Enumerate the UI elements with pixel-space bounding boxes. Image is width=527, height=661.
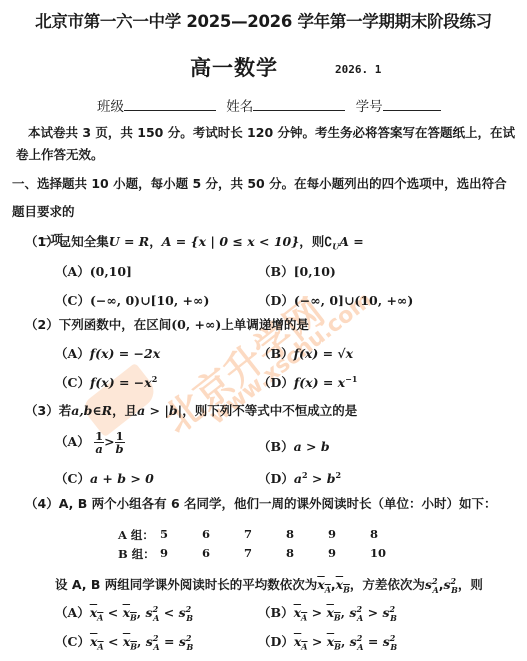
variance-a: s2A xyxy=(349,605,363,620)
table-cell: 7 xyxy=(244,527,252,541)
question-3-option-a[interactable]: （A） 1a>1b xyxy=(55,430,125,455)
math-expr: a > |b| xyxy=(137,403,182,418)
table-cell: 7 xyxy=(244,546,252,560)
stem-text: ，则 xyxy=(458,577,483,592)
question-3-option-d[interactable]: （D）a2 > b2 xyxy=(258,469,341,487)
mean-a: xA xyxy=(90,634,104,649)
option-label: （C） xyxy=(55,634,90,649)
option-label: （B） xyxy=(258,264,294,279)
exponent: 2 xyxy=(335,470,341,480)
stem-text: ，且 xyxy=(112,403,137,418)
question-1-stem: （1）已知全集U = R，A = {x | 0 ≤ x < 10}，则∁UA = xyxy=(25,232,364,252)
math-expr: U = R xyxy=(109,234,149,249)
question-3-stem: （3）若a,b∈R，且a > |b|，则下列不等式中不恒成立的是 xyxy=(25,401,357,419)
relation: > xyxy=(312,634,322,649)
option-label: （C） xyxy=(55,375,90,390)
relation: > xyxy=(308,471,327,486)
option-label: （D） xyxy=(258,471,294,486)
question-number: （1） xyxy=(25,234,59,249)
denominator: b xyxy=(116,443,124,455)
variance-b: s2B xyxy=(179,634,193,649)
stem-text: ， xyxy=(149,234,162,249)
mean-b: xB xyxy=(123,605,137,620)
table-cell: 6 xyxy=(202,527,210,541)
question-number: （2） xyxy=(25,317,59,332)
student-id-label: 学号 xyxy=(356,99,383,115)
exam-subject: 高一数学 xyxy=(190,52,278,82)
relation: = xyxy=(164,634,174,649)
class-blank[interactable] xyxy=(124,98,216,111)
question-4-option-c[interactable]: （C）xA < xB, s2A = s2B xyxy=(55,632,193,652)
option-text: f(x) = x xyxy=(294,375,345,390)
variance-a: s2A xyxy=(146,605,160,620)
question-4-followup: 设 A, B 两组同学课外阅读时长的平均数依次为xA,xB，方差依次为s2A,s… xyxy=(55,575,483,595)
table-cell: 8 xyxy=(370,527,378,541)
variance-b: s2B xyxy=(444,577,458,592)
stem-text: ，则下列不等式中不恒成立的是 xyxy=(182,403,357,418)
mean-a: xA xyxy=(317,577,331,592)
exam-title: 北京市第一六一中学 2025—2026 学年第一学期期末阶段练习 xyxy=(0,8,527,32)
variance-a: s2A xyxy=(350,634,364,649)
student-id-blank[interactable] xyxy=(383,98,441,111)
mean-a: xA xyxy=(294,634,308,649)
class-label: 班级 xyxy=(97,99,124,115)
mean-b: xB xyxy=(123,634,137,649)
fraction: 1a xyxy=(94,430,104,455)
table-cell: 10 xyxy=(370,546,386,560)
stem-text: 设 A, B 两组同学课外阅读时长的平均数依次为 xyxy=(55,577,317,592)
student-info-fields: 班级 姓名 学号 xyxy=(97,95,447,115)
option-label: （D） xyxy=(258,293,294,308)
name-label: 姓名 xyxy=(226,99,253,115)
option-text: (−∞, 0]∪(10, +∞) xyxy=(294,293,413,308)
relation: < xyxy=(164,605,174,620)
denominator: a xyxy=(95,443,102,455)
relation: < xyxy=(108,634,118,649)
question-4-option-d[interactable]: （D）xA > xB, s2A = s2B xyxy=(258,632,397,652)
question-4-option-a[interactable]: （A）xA < xB, s2A < s2B xyxy=(55,603,193,623)
question-3-option-c[interactable]: （C）a + b > 0 xyxy=(55,469,154,487)
mean-b: xB xyxy=(327,634,341,649)
relation: = xyxy=(368,634,378,649)
option-label: （C） xyxy=(55,471,90,486)
variance-b: s2B xyxy=(383,634,397,649)
variance-b: s2B xyxy=(179,605,193,620)
question-2-option-b[interactable]: （B）f(x) = √x xyxy=(258,344,353,362)
name-blank[interactable] xyxy=(253,98,345,111)
option-text: f(x) = −2x xyxy=(90,346,160,361)
option-text: (−∞, 0)∪[10, +∞) xyxy=(90,293,209,308)
option-label: （B） xyxy=(258,346,294,361)
question-1-option-a[interactable]: （A）(0,10] xyxy=(55,262,132,280)
option-text: a > b xyxy=(294,439,330,454)
row-label-b: B 组： xyxy=(118,546,155,562)
stem-text: ，方差依次为 xyxy=(350,577,425,592)
table-cell: 9 xyxy=(160,546,168,560)
variance-a: s2A xyxy=(425,577,439,592)
option-label: （D） xyxy=(258,375,294,390)
question-number: （4） xyxy=(25,496,59,511)
question-2-stem: （2）下列函数中，在区间(0, +∞)上单调递增的是 xyxy=(25,315,309,333)
reading-time-table: A 组： 5 6 7 8 9 8 B 组： 9 6 7 8 9 10 xyxy=(118,527,418,567)
question-4-option-b[interactable]: （B）xA > xB, s2A > s2B xyxy=(258,603,397,623)
exponent: −1 xyxy=(345,374,357,384)
section-heading-line1: 一、选择题共 10 小题，每小题 5 分，共 50 分。在每小题列出的四个选项中… xyxy=(12,170,517,226)
fraction: 1b xyxy=(115,430,125,455)
relation: > xyxy=(368,605,378,620)
option-text: f(x) = √x xyxy=(294,346,354,361)
option-label: （A） xyxy=(55,605,90,620)
option-label: （A） xyxy=(55,264,90,279)
question-4-stem: （4）A, B 两个小组各有 6 名同学，他们一周的课外阅读时长（单位：小时）如… xyxy=(25,494,497,512)
option-text: (0,10] xyxy=(90,264,132,279)
question-1-option-c[interactable]: （C）(−∞, 0)∪[10, +∞) xyxy=(55,291,209,309)
question-1-option-b[interactable]: （B）[0,10) xyxy=(258,262,336,280)
option-label: （B） xyxy=(258,439,294,454)
option-text: [0,10) xyxy=(294,264,336,279)
table-cell: 8 xyxy=(286,527,294,541)
stem-text: 上单调递增的是 xyxy=(221,317,309,332)
mean-b: xB xyxy=(326,605,340,620)
exponent: 2 xyxy=(152,374,158,384)
math-expr: (0, +∞) xyxy=(171,317,221,332)
variance-b: s2B xyxy=(382,605,396,620)
stem-text: A, B 两个小组各有 6 名同学，他们一周的课外阅读时长（单位：小时）如下： xyxy=(59,496,497,511)
table-cell: 6 xyxy=(202,546,210,560)
option-text: a xyxy=(294,471,302,486)
mean-a: xA xyxy=(294,605,308,620)
exam-date: 2026. 1 xyxy=(335,63,381,76)
question-number: （3） xyxy=(25,403,59,418)
mean-b: xB xyxy=(336,577,350,592)
question-2-option-c[interactable]: （C）f(x) = −x2 xyxy=(55,373,157,391)
table-cell: 5 xyxy=(160,527,168,541)
row-label-a: A 组： xyxy=(118,527,154,543)
stem-text: 若 xyxy=(59,403,72,418)
relation: > xyxy=(104,434,114,449)
math-expr: a,b∈R xyxy=(71,403,112,418)
stem-text: 已知全集 xyxy=(59,234,109,249)
mean-a: xA xyxy=(90,605,104,620)
table-cell: 9 xyxy=(328,527,336,541)
option-label: （B） xyxy=(258,605,294,620)
option-label: （A） xyxy=(55,434,90,449)
option-label: （A） xyxy=(55,346,90,361)
option-text: a + b > 0 xyxy=(90,471,154,486)
relation: > xyxy=(312,605,322,620)
math-expr: A = xyxy=(339,234,364,249)
relation: < xyxy=(108,605,118,620)
option-label: （C） xyxy=(55,293,90,308)
question-1-option-d[interactable]: （D）(−∞, 0]∪(10, +∞) xyxy=(258,291,413,309)
table-cell: 8 xyxy=(286,546,294,560)
variance-a: s2A xyxy=(146,634,160,649)
stem-text: ，则 xyxy=(299,234,324,249)
table-cell: 9 xyxy=(328,546,336,560)
question-2-option-a[interactable]: （A）f(x) = −2x xyxy=(55,344,160,362)
option-label: （D） xyxy=(258,634,294,649)
math-expr: A = {x | 0 ≤ x < 10} xyxy=(162,234,300,249)
question-2-option-d[interactable]: （D）f(x) = x−1 xyxy=(258,373,357,391)
option-text: f(x) = −x xyxy=(90,375,152,390)
question-3-option-b[interactable]: （B）a > b xyxy=(258,437,330,455)
stem-text: 下列函数中，在区间 xyxy=(59,317,172,332)
instructions: 本试卷共 3 页，共 150 分。考试时长 120 分钟。考生务必将答案写在答题… xyxy=(16,122,516,166)
